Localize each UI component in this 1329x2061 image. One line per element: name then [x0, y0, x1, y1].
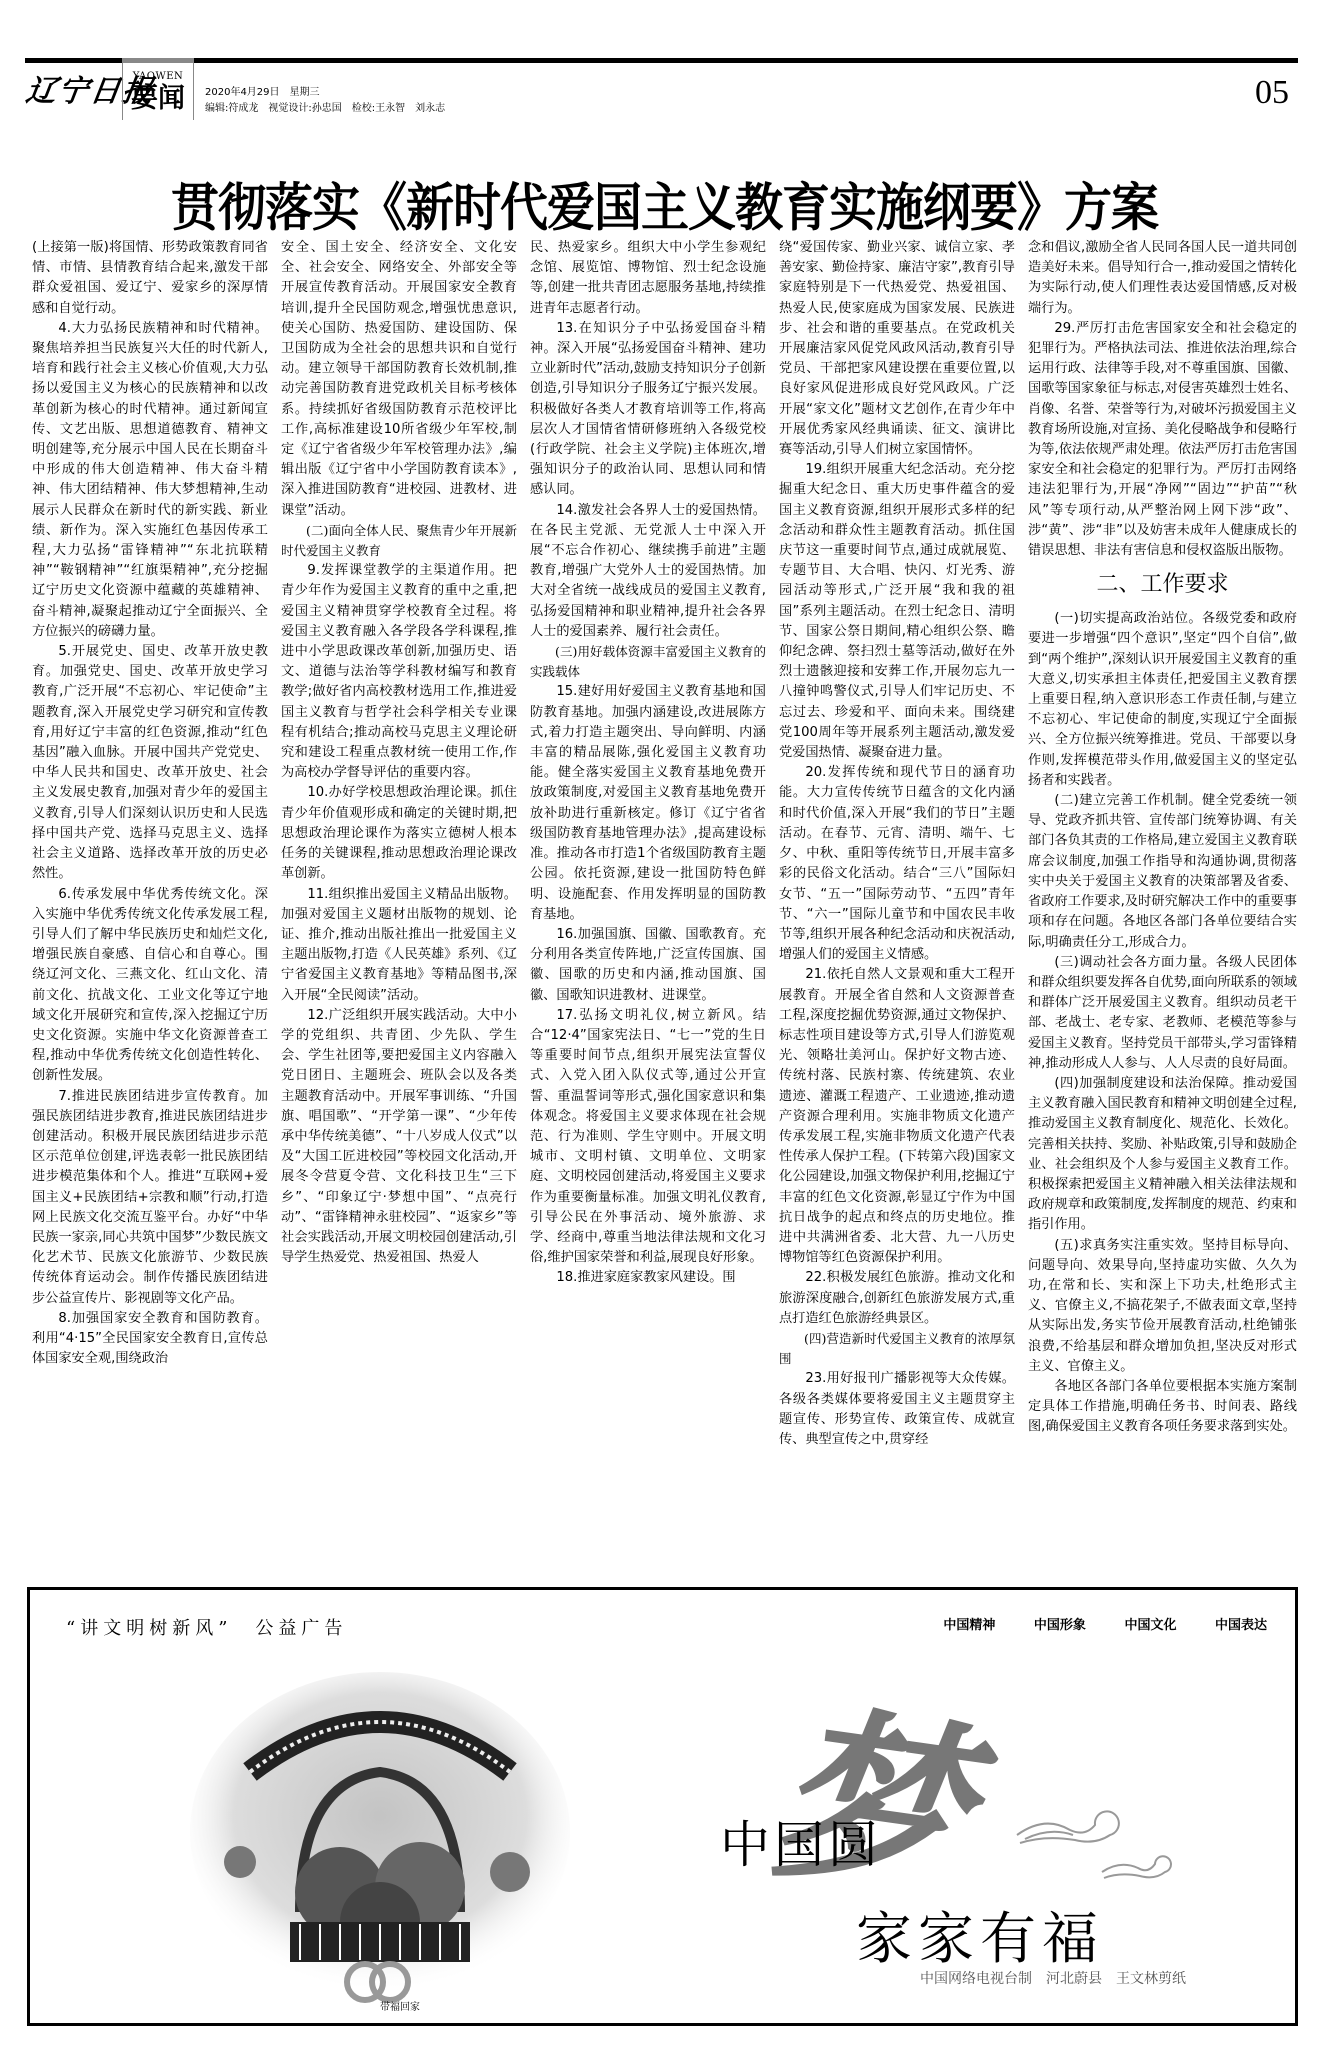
article-paragraph: 12.广泛组织开展实践活动。大中小学的党组织、共青团、少先队、学生会、学生社团等…	[281, 1006, 517, 1269]
ad-credit: 中国网络电视台制 河北蔚县 王文林剪纸	[920, 1968, 1186, 1988]
article-paragraph: 民、热爱家乡。组织大中小学生参观纪念馆、展览馆、博物馆、烈士纪念设施等,创建一批…	[530, 238, 766, 319]
masthead-rule	[25, 58, 1298, 63]
article-paragraph: 15.建好用好爱国主义教育基地和国防教育基地。加强内涵建设,改进展陈方式,着力打…	[530, 682, 766, 924]
text-column-6: 念和倡议,激励全省人民同各国人民一道共同创造美好未来。倡导知行合一,推动爱国之情…	[1028, 238, 1297, 1543]
ad-slogan-line-2: 家家有福	[856, 1895, 1104, 1975]
ad-slogans: 中国精神 中国形象 中国文化 中国表达	[925, 1614, 1267, 1633]
article-paragraph: (一)切实提高政治站位。各级党委和政府要进一步增强“四个意识”,坚定“四个自信”…	[1028, 609, 1297, 791]
section-label-cn: 要闻	[123, 84, 193, 114]
staff-credits: 编辑:符成龙 视觉设计:孙忠国 检校:王永智 刘永志	[205, 102, 445, 116]
papercut-flower-basket-image	[180, 1662, 580, 2012]
article-body: (上接第一版)将国情、形势政策教育同省情、市情、县情教育结合起来,激发干部群众爱…	[32, 238, 1297, 1543]
text-column-4: 绕“爱国传家、勤业兴家、诚信立家、孝善安家、勤俭持家、廉洁守家”,教育引导家庭特…	[779, 238, 1015, 1543]
issue-meta: 2020年4月29日 星期三 编辑:符成龙 视觉设计:孙忠国 检校:王永智 刘永…	[205, 86, 445, 118]
ad-slogan: 中国精神	[943, 1618, 995, 1633]
article-paragraph: 22.积极发展红色旅游。推动文化和旅游深度融合,创新红色旅游发展方式,重点打造红…	[779, 1268, 1015, 1329]
newspaper-logo: 辽宁日报	[22, 64, 126, 120]
article-paragraph: 18.推进家庭家教家风建设。围	[530, 1268, 766, 1288]
article-paragraph: (上接第一版)将国情、形势政策教育同省情、市情、县情教育结合起来,激发干部群众爱…	[32, 238, 268, 319]
section-subheading: 二、工作要求	[1028, 565, 1297, 605]
section-label: YAOWEN 要闻	[122, 63, 194, 120]
article-paragraph: 安全、国土安全、经济安全、文化安全、社会安全、网络安全、外部安全等开展宣传教育活…	[281, 238, 517, 521]
article-paragraph: 4.大力弘扬民族精神和时代精神。聚焦培养担当民族复兴大任的时代新人,培育和践行社…	[32, 319, 268, 642]
article-paragraph: (四)加强制度建设和法治保障。推动爱国主义教育融入国民教育和精神文明创建全过程,…	[1028, 1074, 1297, 1236]
article-paragraph: 21.依托自然人文景观和重大工程开展教育。开展全省自然和人文资源普查工程,深度挖…	[779, 965, 1015, 1268]
papercut-caption: 带福回家	[380, 1998, 420, 2013]
article-paragraph: (五)求真务实注重实效。坚持目标导向、问题导向、效果导向,坚持虚功实做、久久为功…	[1028, 1236, 1297, 1377]
article-paragraph: (三)调动社会各方面力量。各级人民团体和群众组织要发挥各自优势,面向所联系的领域…	[1028, 953, 1297, 1074]
text-column-1: (上接第一版)将国情、形势政策教育同省情、市情、县情教育结合起来,激发干部群众爱…	[32, 238, 268, 1543]
article-paragraph: 6.传承发展中华优秀传统文化。深入实施中华优秀传统文化传承发展工程,引导人们了解…	[32, 885, 268, 1087]
ad-slogan-line-1: 中国圆	[720, 1805, 882, 1877]
text-column-2: 安全、国土安全、经济安全、文化安全、社会安全、网络安全、外部安全等开展宣传教育活…	[281, 238, 517, 1543]
article-paragraph: 16.加强国旗、国徽、国歌教育。充分利用各类宣传阵地,广泛宣传国旗、国徽、国歌的…	[530, 925, 766, 1006]
ad-tag: “讲文明树新风” 公益广告	[66, 1614, 347, 1640]
article-paragraph: 10.办好学校思想政治理论课。抓住青少年价值观形成和确定的关键时期,把思想政治理…	[281, 783, 517, 884]
issue-date: 2020年4月29日 星期三	[205, 86, 445, 100]
article-paragraph: 13.在知识分子中弘扬爱国奋斗精神。深入开展“弘扬爱国奋斗精神、建功立业新时代”…	[530, 319, 766, 501]
ad-slogan: 中国文化	[1124, 1618, 1176, 1633]
ad-slogan: 中国表达	[1215, 1618, 1267, 1633]
auspicious-cloud-icon	[1015, 1805, 1125, 1850]
article-paragraph: 9.发挥课堂教学的主渠道作用。把青少年作为爱国主义教育的重中之重,把爱国主义精神…	[281, 561, 517, 783]
article-paragraph: 20.发挥传统和现代节日的涵育功能。大力宣传传统节日蕴含的文化内涵和时代价值,深…	[779, 763, 1015, 965]
article-paragraph: 19.组织开展重大纪念活动。充分挖掘重大纪念日、重大历史事件蕴含的爱国主义教育资…	[779, 460, 1015, 763]
section-label-en: YAOWEN	[123, 71, 193, 82]
article-paragraph: 念和倡议,激励全省人民同各国人民一道共同创造美好未来。倡导知行合一,推动爱国之情…	[1028, 238, 1297, 319]
section-subheading: (二)面向全体人民、聚焦青少年开展新时代爱国主义教育	[281, 521, 517, 561]
page-number: 05	[1255, 74, 1289, 112]
public-service-ad: “讲文明树新风” 公益广告 中国精神 中国形象 中国文化 中国表达	[27, 1587, 1298, 2026]
section-subheading: (四)营造新时代爱国主义教育的浓厚氛围	[779, 1329, 1015, 1369]
article-paragraph: 7.推进民族团结进步宣传教育。加强民族团结进步教育,推进民族团结进步创建活动。积…	[32, 1087, 268, 1309]
article-paragraph: 各地区各部门各单位要根据本实施方案制定具体工作措施,明确任务书、时间表、路线图,…	[1028, 1377, 1297, 1438]
article-paragraph: 5.开展党史、国史、改革开放史教育。加强党史、国史、改革开放史学习教育,广泛开展…	[32, 642, 268, 884]
article-headline: 贯彻落实《新时代爱国主义教育实施纲要》方案	[0, 176, 1329, 241]
article-paragraph: 14.激发社会各界人士的爱国热情。在各民主党派、无党派人士中深入开展“不忘合作初…	[530, 501, 766, 642]
auspicious-cloud-icon	[1100, 1852, 1175, 1882]
text-column-3: 民、热爱家乡。组织大中小学生参观纪念馆、展览馆、博物馆、烈士纪念设施等,创建一批…	[530, 238, 766, 1543]
article-paragraph: 29.严厉打击危害国家安全和社会稳定的犯罪行为。严格执法司法、推进依法治理,综合…	[1028, 319, 1297, 561]
article-paragraph: (二)建立完善工作机制。健全党委统一领导、党政齐抓共管、宣传部门统筹协调、有关部…	[1028, 791, 1297, 953]
ad-slogan: 中国形象	[1034, 1618, 1086, 1633]
article-paragraph: 23.用好报刊广播影视等大众传媒。各级各类媒体要将爱国主义主题贯穿主题宣传、形势…	[779, 1369, 1015, 1450]
article-paragraph: 17.弘扬文明礼仪,树立新风。结合“12·4”国家宪法日、“七一”党的生日等重要…	[530, 1006, 766, 1269]
article-paragraph: 8.加强国家安全教育和国防教育。利用“4·15”全民国家安全教育日,宣传总体国家…	[32, 1309, 268, 1370]
article-paragraph: 11.组织推出爱国主义精品出版物。加强对爱国主义题材出版物的规划、论证、推介,推…	[281, 885, 517, 1006]
article-paragraph: 绕“爱国传家、勤业兴家、诚信立家、孝善安家、勤俭持家、廉洁守家”,教育引导家庭特…	[779, 238, 1015, 460]
section-subheading: (三)用好载体资源丰富爱国主义教育的实践载体	[530, 642, 766, 682]
